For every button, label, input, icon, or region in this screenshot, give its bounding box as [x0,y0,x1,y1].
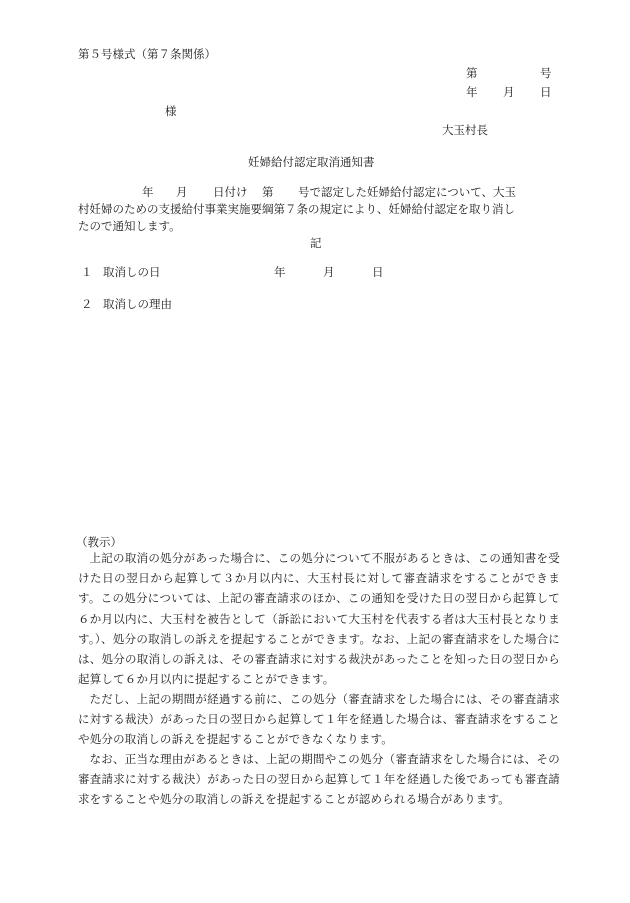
item-label: 取消しの日 [103,265,161,279]
intro-dated: 日付け [213,185,248,199]
ki-heading: 記 [310,236,322,250]
notice-heading: （教示） [76,535,122,549]
intro-year: 年 [142,185,154,199]
item-day: 日 [372,265,384,279]
number-prefix: 第 [466,66,478,80]
intro-month: 月 [176,185,188,199]
intro-dai: 第 [262,185,274,199]
item-number: １ [81,265,93,279]
notice-paragraph-1: 上記の取消の処分があった場合に、この処分について不服があるときは、この通知書を受… [78,548,560,689]
notice-paragraph-2: ただし、上記の期間が経過する前に、この処分（審査請求をした場合には、その審査請求… [78,689,560,750]
intro-line1-rest: 号で認定した妊婦給付認定について、大玉 [298,185,516,199]
notice-paragraph-3: なお、正当な理由があるときは、上記の期間やこの処分（審査請求をした場合には、その… [78,749,560,810]
document-title: 妊婦給付認定取消通知書 [248,155,375,169]
date-month: 月 [503,85,515,99]
item-year: 年 [274,265,286,279]
item-month: 月 [323,265,335,279]
issuer: 大玉村長 [442,123,488,137]
intro-line2: 村妊婦のための支援給付事業実施要綱第７条の規定により、妊婦給付認定を取り消し [78,202,515,216]
item-number: ２ [81,297,93,311]
intro-line3: たので通知します。 [78,219,181,233]
number-suffix: 号 [540,66,552,80]
date-day: 日 [540,85,552,99]
addressee-suffix: 様 [165,104,177,118]
form-number: 第５号様式（第７条関係） [78,47,216,61]
item-label: 取消しの理由 [103,297,172,311]
date-year: 年 [466,85,478,99]
